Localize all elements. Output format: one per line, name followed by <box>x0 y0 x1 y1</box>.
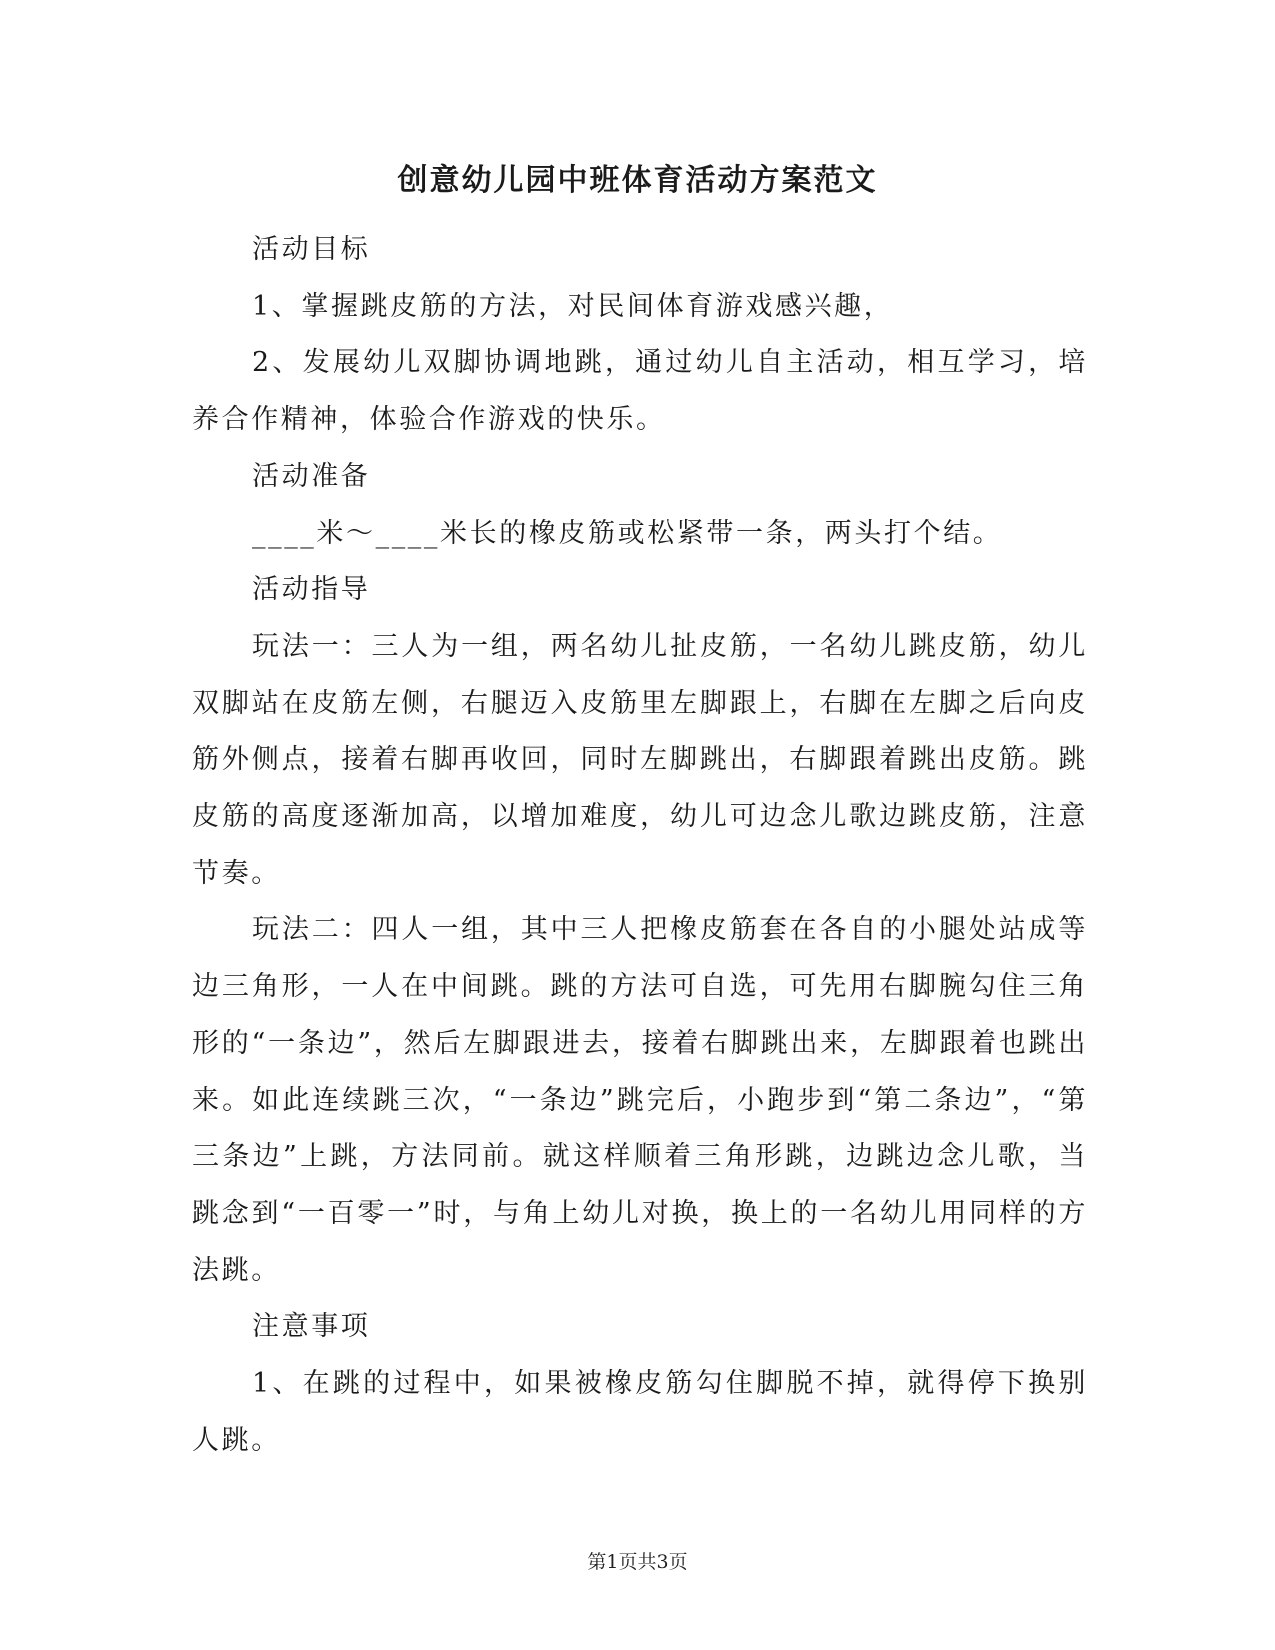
section-heading-goals: 活动目标 <box>192 222 1088 279</box>
goal-item-2: 2、发展幼儿双脚协调地跳，通过幼儿自主活动，相互学习，培养合作精神，体验合作游戏… <box>192 335 1088 448</box>
page-number: 第1页共3页 <box>0 1548 1275 1576</box>
section-heading-guidance: 活动指导 <box>192 562 1088 619</box>
section-heading-preparation: 活动准备 <box>192 449 1088 506</box>
goal-item-1: 1、掌握跳皮筋的方法，对民间体育游戏感兴趣， <box>192 279 1088 336</box>
document-body: 活动目标 1、掌握跳皮筋的方法，对民间体育游戏感兴趣， 2、发展幼儿双脚协调地跳… <box>192 222 1088 1469</box>
play-method-1: 玩法一：三人为一组，两名幼儿扯皮筋，一名幼儿跳皮筋，幼儿双脚站在皮筋左侧，右腿迈… <box>192 619 1088 903</box>
preparation-text: ____米～____米长的橡皮筋或松紧带一条，两头打个结。 <box>192 506 1088 563</box>
play-method-2: 玩法二：四人一组，其中三人把橡皮筋套在各自的小腿处站成等边三角形，一人在中间跳。… <box>192 902 1088 1299</box>
note-item-1: 1、在跳的过程中，如果被橡皮筋勾住脚脱不掉，就得停下换别人跳。 <box>192 1356 1088 1469</box>
document-title: 创意幼儿园中班体育活动方案范文 <box>0 160 1275 202</box>
section-heading-notes: 注意事项 <box>192 1299 1088 1356</box>
document-page: 创意幼儿园中班体育活动方案范文 活动目标 1、掌握跳皮筋的方法，对民间体育游戏感… <box>0 0 1275 1650</box>
